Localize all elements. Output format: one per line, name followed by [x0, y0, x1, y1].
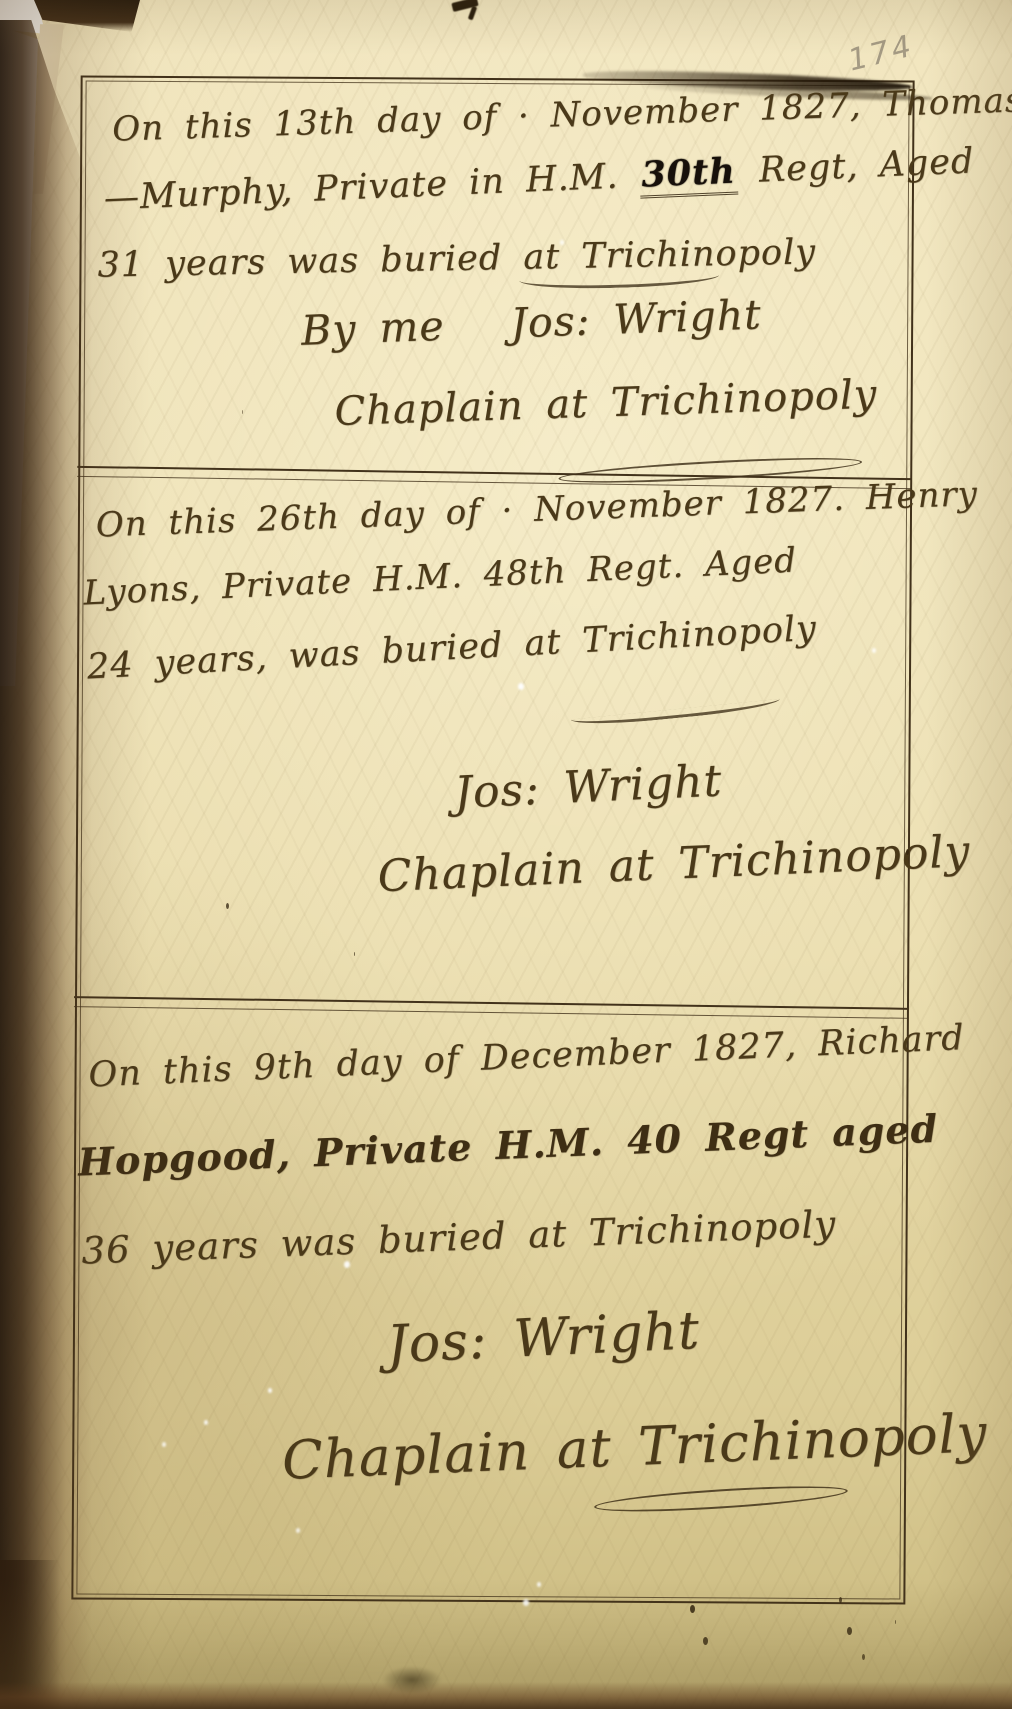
bottom-page-edge [0, 1682, 1012, 1709]
entry1-date-line: On this 13th day of · November 1827, Tho… [112, 80, 1012, 149]
glare-dots [0, 0, 4, 5]
entry1-unit-post: Regt, Aged [758, 141, 975, 190]
page-edge-white [0, 26, 38, 686]
entry3-unit-line: Hopgood, Private H.M. 40 Regt aged [77, 1106, 939, 1185]
entry1-signature-title: Chaplain at Trichinopoly [334, 372, 878, 436]
entry1-regiment-number: 30th [639, 151, 739, 199]
register-rule-box: On this 13th day of · November 1827, Tho… [71, 75, 914, 1604]
entry-divider-rule [74, 996, 908, 1019]
entry2-signature: Jos: Wright [453, 755, 723, 818]
entry2-unit-line: Lyons, Private H.M. 48th Regt. Aged [83, 540, 798, 613]
ink-stain [382, 1666, 442, 1694]
entry2-signature-title: Chaplain at Trichinopoly [377, 826, 972, 902]
entry1-signature: Jos: Wright [510, 290, 763, 347]
underlying-page-edge [34, 24, 64, 194]
entry2-date-line: On this 26th day of · November 1827. Hen… [95, 474, 978, 546]
entry3-date-line: On this 9th day of December 1827, Richar… [88, 1018, 966, 1095]
entry3-signature: Jos: Wright [386, 1301, 702, 1375]
page-number: 174 [845, 29, 918, 79]
entry1-signature-line: By meJos: Wright [300, 290, 762, 354]
register-page-photo: 174 On this 13th day of · November 1827,… [0, 0, 1012, 1709]
entry3-burial-line: 36 years was buried at Trichinopoly [81, 1202, 837, 1272]
entry1-unit-pre: —Murphy, Private in H.M. [103, 157, 619, 219]
entry2-burial-line: 24 years, was buried at Trichinopoly [86, 609, 818, 688]
signature-flourish [594, 1481, 849, 1516]
entry1-attestation: By me [300, 302, 445, 355]
entry1-burial-line: 31 years was buried at Trichinopoly [97, 232, 816, 285]
spacer [445, 337, 511, 339]
pen-stroke-flourish [571, 699, 781, 729]
entry3-signature-title: Chaplain at Trichinopoly [281, 1403, 988, 1492]
entry1-unit-line: —Murphy, Private in H.M. 30th Regt, Aged [103, 140, 975, 218]
